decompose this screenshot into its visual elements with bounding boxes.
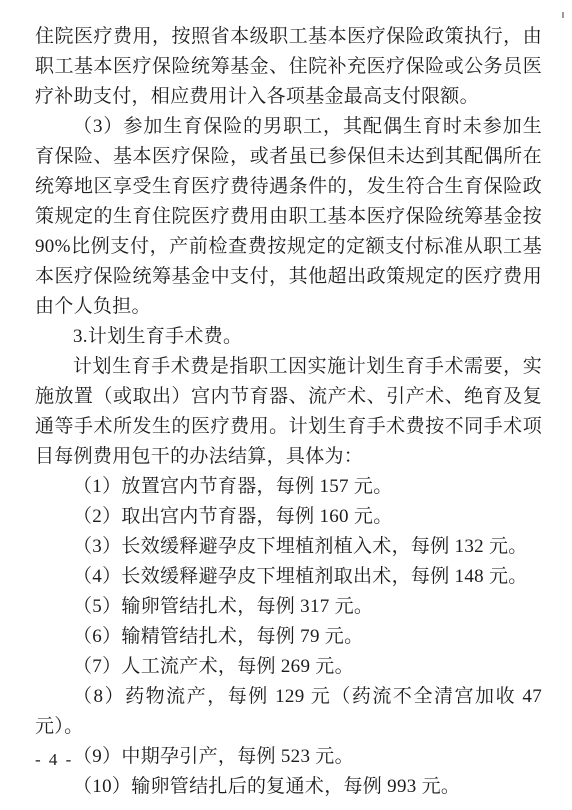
paragraph-family-planning-intro: 计划生育手术费是指职工因实施计划生育手术需要，实施放置（或取出）宫内节育器、流产…	[35, 352, 542, 472]
list-item-2-iud-removal: （2）取出宫内节育器，每例 160 元。	[35, 502, 542, 532]
section-heading-family-planning-fee: 3.计划生育手术费。	[35, 322, 542, 352]
page-number: - 4 -	[35, 750, 73, 770]
paragraph-continuation: 住院医疗费用，按照省本级职工基本医疗保险政策执行，由职工基本医疗保险统筹基金、住…	[35, 22, 542, 112]
list-item-3-implant-insertion: （3）长效缓释避孕皮下埋植剂植入术，每例 132 元。	[35, 532, 542, 562]
scan-artifact	[562, 12, 564, 18]
list-item-7-abortion-surgery: （7）人工流产术，每例 269 元。	[35, 652, 542, 682]
list-item-4-implant-removal: （4）长效缓释避孕皮下埋植剂取出术，每例 148 元。	[35, 562, 542, 592]
list-item-6-vasectomy: （6）输精管结扎术，每例 79 元。	[35, 622, 542, 652]
list-item-10-ligation-reversal: （10）输卵管结扎后的复通术，每例 993 元。	[35, 772, 542, 802]
list-item-1-iud-insertion: （1）放置宫内节育器，每例 157 元。	[35, 472, 542, 502]
list-item-8-medical-abortion: （8）药物流产，每例 129 元（药流不全清宫加收 47 元）。	[35, 682, 542, 742]
document-body: 住院医疗费用，按照省本级职工基本医疗保险政策执行，由职工基本医疗保险统筹基金、住…	[35, 22, 542, 802]
list-item-9-midterm-induction: （9）中期孕引产，每例 523 元。	[35, 742, 542, 772]
document-page: 住院医疗费用，按照省本级职工基本医疗保险政策执行，由职工基本医疗保险统筹基金、住…	[0, 0, 572, 810]
list-item-5-tubal-ligation: （5）输卵管结扎术，每例 317 元。	[35, 592, 542, 622]
paragraph-item-3-male-workers: （3）参加生育保险的男职工，其配偶生育时未参加生育保险、基本医疗保险，或者虽已参…	[35, 112, 542, 322]
